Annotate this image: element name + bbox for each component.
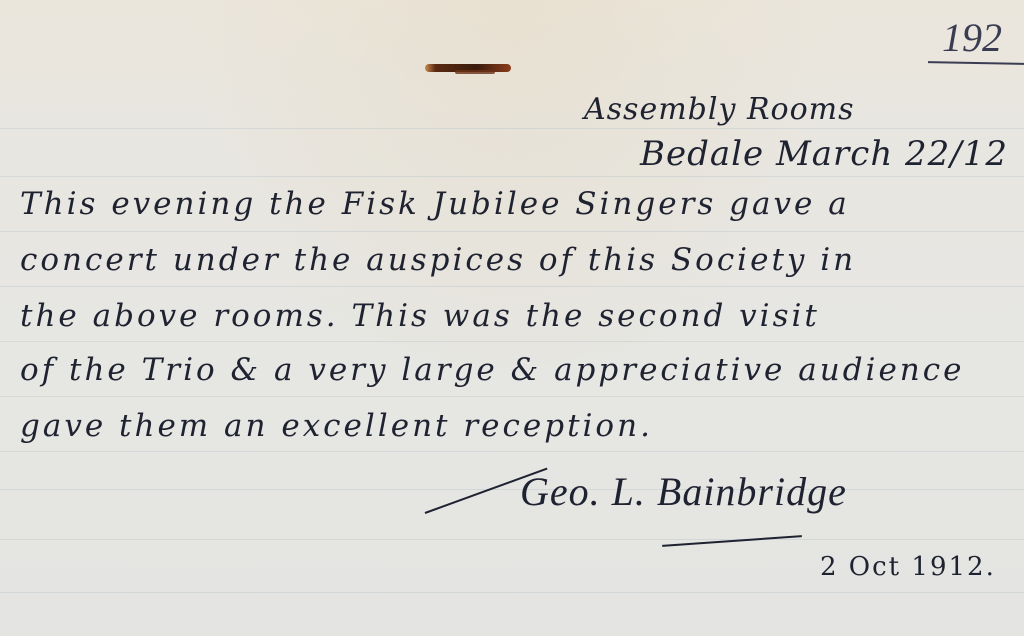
body-line: concert under the auspices of this Socie… xyxy=(20,242,856,278)
body-line: gave them an excellent reception. xyxy=(20,408,653,444)
rust-stain-mark xyxy=(425,64,511,72)
ruled-line xyxy=(0,176,1024,177)
ledger-page: 192 Assembly Rooms Bedale March 22/12 Th… xyxy=(0,0,1024,636)
page-number-underline xyxy=(928,61,1024,65)
ruled-line xyxy=(0,489,1024,490)
ruled-line xyxy=(0,451,1024,452)
body-line: of the Trio & a very large & appreciativ… xyxy=(20,352,964,388)
ruled-line xyxy=(0,592,1024,593)
ruled-line xyxy=(0,231,1024,232)
ruled-line xyxy=(0,128,1024,129)
heading-place: Assembly Rooms xyxy=(584,92,855,127)
body-line: This evening the Fisk Jubilee Singers ga… xyxy=(20,186,850,222)
page-number: 192 xyxy=(942,14,1002,61)
ruled-line xyxy=(0,286,1024,287)
heading-date: Bedale March 22/12 xyxy=(640,134,1008,174)
ruled-line xyxy=(0,539,1024,540)
signature: Geo. L. Bainbridge xyxy=(520,468,847,515)
signature-underline xyxy=(662,535,802,547)
signature-date: 2 Oct 1912. xyxy=(820,552,996,582)
ruled-line xyxy=(0,396,1024,397)
body-line: the above rooms. This was the second vis… xyxy=(20,298,820,334)
ruled-line xyxy=(0,341,1024,342)
